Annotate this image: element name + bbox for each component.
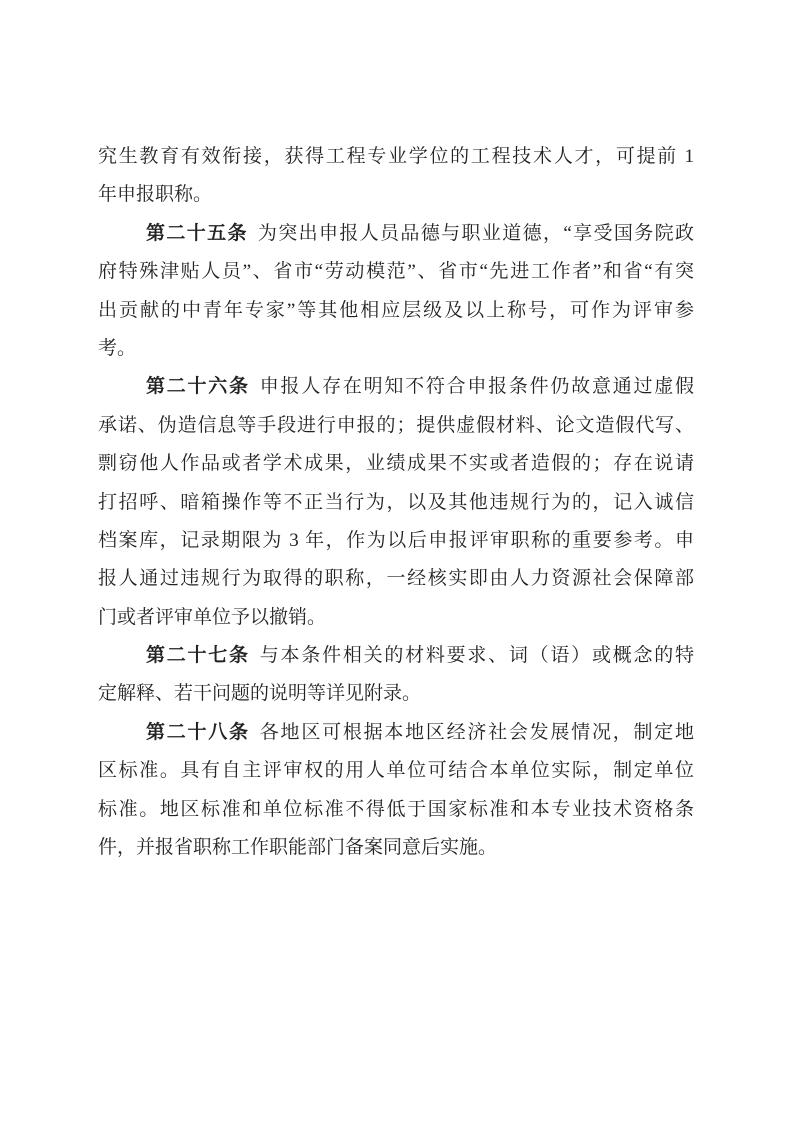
- article-number: 第二十八条: [146, 722, 250, 743]
- document-page: 究生教育有效衔接，获得工程专业学位的工程技术人才，可提前 1 年申报职称。 第二…: [0, 0, 793, 1122]
- text-line: 究生教育有效衔接，获得工程专业学位的工程技术人才，可提前 1: [98, 138, 694, 176]
- article-text: 为突出申报人员品德与职业道德，“享受国务院政: [258, 223, 694, 244]
- text-line: 区标准。具有自主评审权的用人单位可结合本单位实际，制定单位: [98, 752, 694, 790]
- paragraph-article-25: 第二十五条为突出申报人员品德与职业道德，“享受国务院政 府特殊津贴人员”、省市“…: [98, 215, 694, 369]
- paragraph-article-27: 第二十七条与本条件相关的材料要求、词（语）或概念的特 定解释、若干问题的说明等详…: [98, 637, 694, 714]
- article-number: 第二十七条: [146, 645, 250, 666]
- text-line: 府特殊津贴人员”、省市“劳动模范”、省市“先进工作者”和省“有突: [98, 253, 694, 291]
- text-line: 第二十六条申报人存在明知不符合申报条件仍故意通过虚假: [98, 368, 694, 406]
- text-line: 第二十七条与本条件相关的材料要求、词（语）或概念的特: [98, 637, 694, 675]
- text-line: 承诺、伪造信息等手段进行申报的；提供虚假材料、论文造假代写、: [98, 407, 694, 445]
- text-line: 定解释、若干问题的说明等详见附录。: [98, 675, 694, 713]
- text-line: 出贡献的中青年专家”等其他相应层级及以上称号，可作为评审参: [98, 292, 694, 330]
- text-line: 档案库，记录期限为 3 年，作为以后申报评审职称的重要参考。申: [98, 522, 694, 560]
- article-number: 第二十五条: [146, 223, 248, 244]
- article-text: 与本条件相关的材料要求、词（语）或概念的特: [260, 645, 694, 666]
- paragraph-article-28: 第二十八条各地区可根据本地区经济社会发展情况，制定地 区标准。具有自主评审权的用…: [98, 714, 694, 868]
- text-line: 报人通过违规行为取得的职称，一经核实即由人力资源社会保障部: [98, 560, 694, 598]
- text-line: 第二十五条为突出申报人员品德与职业道德，“享受国务院政: [98, 215, 694, 253]
- paragraph-continuation: 究生教育有效衔接，获得工程专业学位的工程技术人才，可提前 1 年申报职称。: [98, 138, 694, 215]
- text-line: 标准。地区标准和单位标准不得低于国家标准和本专业技术资格条: [98, 791, 694, 829]
- paragraph-article-26: 第二十六条申报人存在明知不符合申报条件仍故意通过虚假 承诺、伪造信息等手段进行申…: [98, 368, 694, 637]
- document-body: 究生教育有效衔接，获得工程专业学位的工程技术人才，可提前 1 年申报职称。 第二…: [98, 138, 694, 867]
- text-line: 第二十八条各地区可根据本地区经济社会发展情况，制定地: [98, 714, 694, 752]
- text-line: 打招呼、暗箱操作等不正当行为，以及其他违规行为的，记入诚信: [98, 484, 694, 522]
- article-text: 申报人存在明知不符合申报条件仍故意通过虚假: [260, 376, 694, 397]
- article-number: 第二十六条: [146, 376, 250, 397]
- article-text: 各地区可根据本地区经济社会发展情况，制定地: [260, 722, 694, 743]
- text-line: 件，并报省职称工作职能部门备案同意后实施。: [98, 829, 694, 867]
- text-line: 考。: [98, 330, 694, 368]
- text-line: 年申报职称。: [98, 176, 694, 214]
- text-line: 门或者评审单位予以撤销。: [98, 599, 694, 637]
- text-line: 剽窃他人作品或者学术成果，业绩成果不实或者造假的；存在说请: [98, 445, 694, 483]
